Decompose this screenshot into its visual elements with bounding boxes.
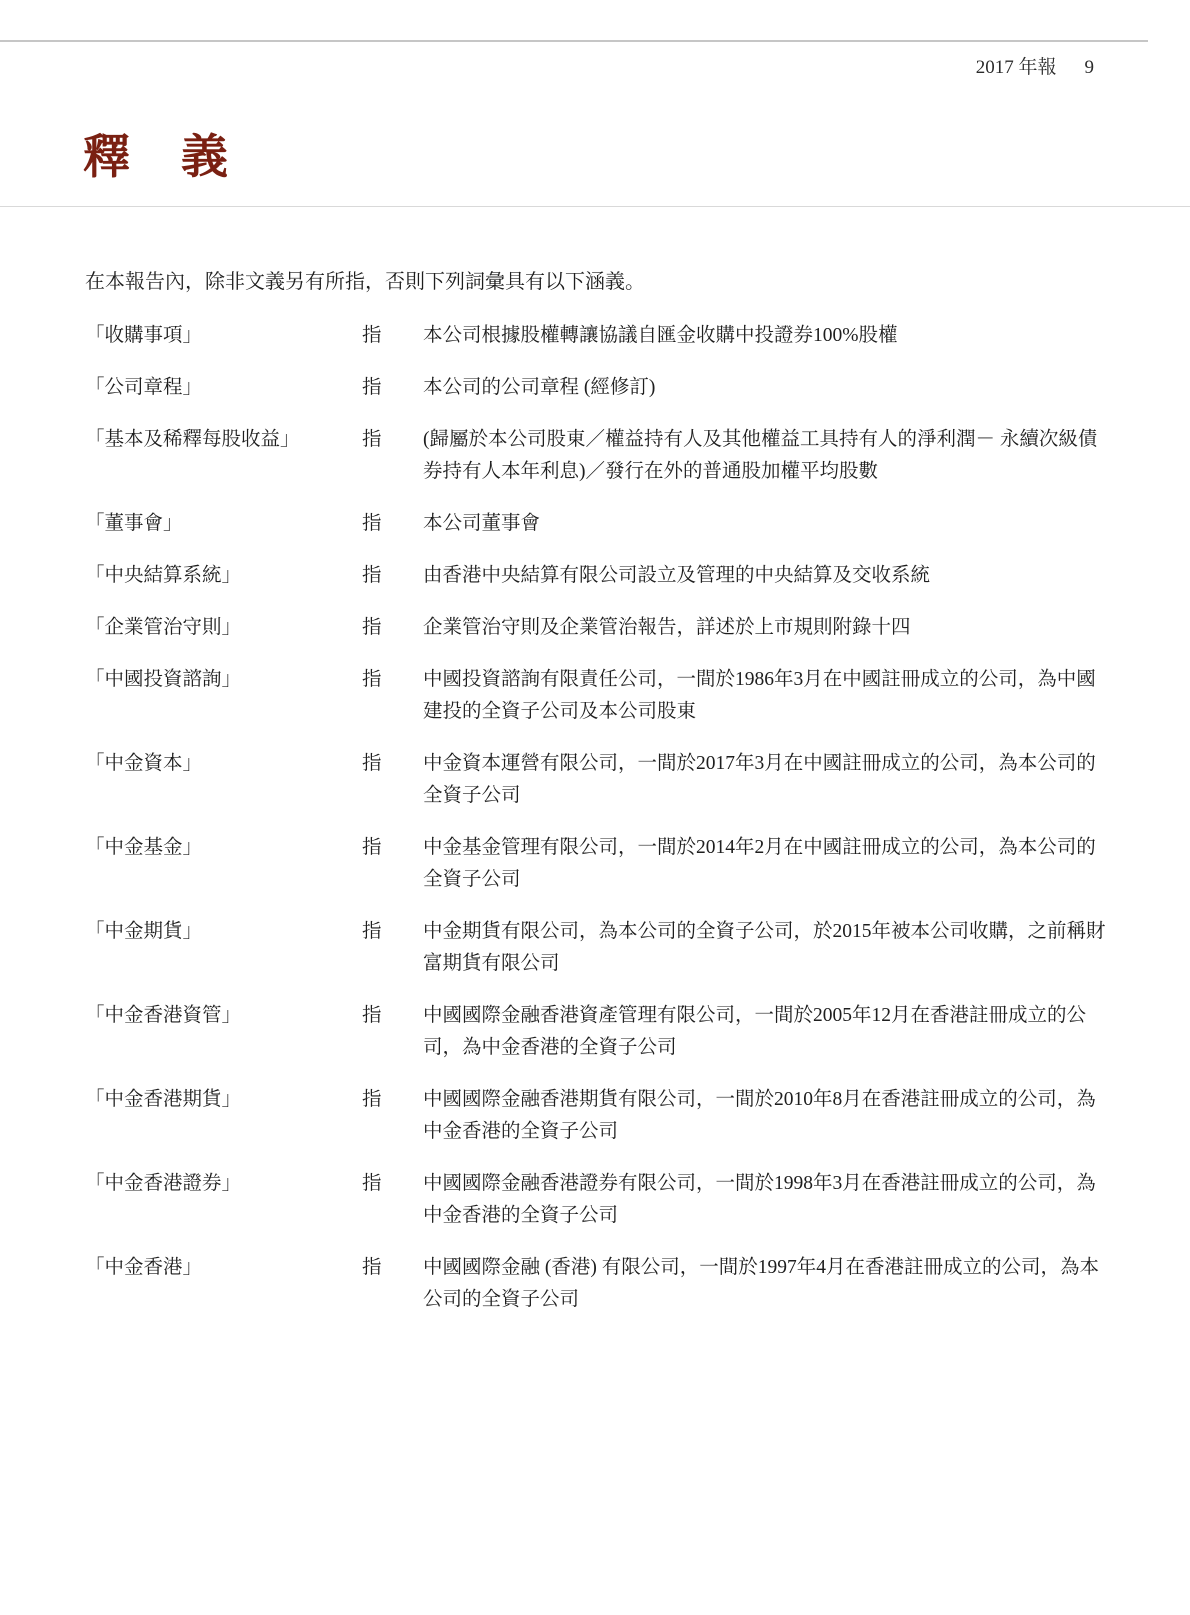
page-number: 9 <box>1085 57 1095 78</box>
definition-row: 「收購事項」 指 本公司根據股權轉讓協議自匯金收購中投證券100%股權 <box>85 320 1107 352</box>
definition-row: 「中金香港資管」 指 中國國際金融香港資產管理有限公司，一間於2005年12月在… <box>85 1000 1107 1064</box>
definition-text: 由香港中央結算有限公司設立及管理的中央結算及交收系統 <box>423 560 1107 592</box>
header-rule <box>0 40 1148 42</box>
definition-row: 「中央結算系統」 指 由香港中央結算有限公司設立及管理的中央結算及交收系統 <box>85 560 1107 592</box>
definition-term: 「中金香港資管」 <box>85 1000 362 1064</box>
definition-text: 中國國際金融 (香港) 有限公司，一間於1997年4月在香港註冊成立的公司，為本… <box>423 1252 1107 1316</box>
definition-row: 「基本及稀釋每股收益」 指 (歸屬於本公司股東／權益持有人及其他權益工具持有人的… <box>85 424 1107 488</box>
means-label: 指 <box>362 372 423 404</box>
definition-term: 「基本及稀釋每股收益」 <box>85 424 362 488</box>
definition-row: 「中金資本」 指 中金資本運營有限公司，一間於2017年3月在中國註冊成立的公司… <box>85 748 1107 812</box>
means-label: 指 <box>362 748 423 812</box>
definition-text: (歸屬於本公司股東／權益持有人及其他權益工具持有人的淨利潤－ 永續次級債券持有人… <box>423 424 1107 488</box>
definition-text: 中金期貨有限公司，為本公司的全資子公司，於2015年被本公司收購，之前稱財富期貨… <box>423 916 1107 980</box>
definition-row: 「中金基金」 指 中金基金管理有限公司，一間於2014年2月在中國註冊成立的公司… <box>85 832 1107 896</box>
definitions-table: 「收購事項」 指 本公司根據股權轉讓協議自匯金收購中投證券100%股權 「公司章… <box>85 320 1107 1336</box>
definition-term: 「中國投資諮詢」 <box>85 664 362 728</box>
definition-term: 「中金香港證券」 <box>85 1168 362 1232</box>
means-label: 指 <box>362 612 423 644</box>
definition-row: 「中金期貨」 指 中金期貨有限公司，為本公司的全資子公司，於2015年被本公司收… <box>85 916 1107 980</box>
definition-row: 「中金香港期貨」 指 中國國際金融香港期貨有限公司，一間於2010年8月在香港註… <box>85 1084 1107 1148</box>
definition-term: 「企業管治守則」 <box>85 612 362 644</box>
means-label: 指 <box>362 424 423 488</box>
definition-term: 「中金基金」 <box>85 832 362 896</box>
definition-term: 「中金香港期貨」 <box>85 1084 362 1148</box>
means-label: 指 <box>362 664 423 728</box>
definition-text: 本公司的公司章程 (經修訂) <box>423 372 1107 404</box>
definition-text: 中金基金管理有限公司，一間於2014年2月在中國註冊成立的公司，為本公司的全資子… <box>423 832 1107 896</box>
definition-term: 「中央結算系統」 <box>85 560 362 592</box>
report-page: 2017 年報9 釋 義 在本報告內，除非文義另有所指，否則下列詞彙具有以下涵義… <box>0 0 1190 1615</box>
definition-row: 「中金香港證券」 指 中國國際金融香港證券有限公司，一間於1998年3月在香港註… <box>85 1168 1107 1232</box>
title-underline-rule <box>0 206 1190 207</box>
definition-text: 中國國際金融香港期貨有限公司，一間於2010年8月在香港註冊成立的公司，為中金香… <box>423 1084 1107 1148</box>
definition-row: 「公司章程」 指 本公司的公司章程 (經修訂) <box>85 372 1107 404</box>
definition-text: 企業管治守則及企業管治報告，詳述於上市規則附錄十四 <box>423 612 1107 644</box>
definition-text: 中國投資諮詢有限責任公司，一間於1986年3月在中國註冊成立的公司，為中國建投的… <box>423 664 1107 728</box>
report-year-label: 2017 年報 <box>976 57 1057 78</box>
means-label: 指 <box>362 1252 423 1316</box>
definition-text: 中金資本運營有限公司，一間於2017年3月在中國註冊成立的公司，為本公司的全資子… <box>423 748 1107 812</box>
definition-row: 「董事會」 指 本公司董事會 <box>85 508 1107 540</box>
definition-term: 「董事會」 <box>85 508 362 540</box>
page-title: 釋 義 <box>83 130 230 186</box>
definition-term: 「收購事項」 <box>85 320 362 352</box>
definition-term: 「中金香港」 <box>85 1252 362 1316</box>
definition-term: 「中金期貨」 <box>85 916 362 980</box>
definition-text: 本公司根據股權轉讓協議自匯金收購中投證券100%股權 <box>423 320 1107 352</box>
definition-term: 「中金資本」 <box>85 748 362 812</box>
definition-row: 「中國投資諮詢」 指 中國投資諮詢有限責任公司，一間於1986年3月在中國註冊成… <box>85 664 1107 728</box>
means-label: 指 <box>362 1168 423 1232</box>
means-label: 指 <box>362 560 423 592</box>
definition-text: 本公司董事會 <box>423 508 1107 540</box>
page-header: 2017 年報9 <box>976 52 1094 79</box>
means-label: 指 <box>362 1084 423 1148</box>
means-label: 指 <box>362 508 423 540</box>
means-label: 指 <box>362 1000 423 1064</box>
means-label: 指 <box>362 832 423 896</box>
definition-text: 中國國際金融香港證券有限公司，一間於1998年3月在香港註冊成立的公司，為中金香… <box>423 1168 1107 1232</box>
means-label: 指 <box>362 916 423 980</box>
definition-text: 中國國際金融香港資產管理有限公司，一間於2005年12月在香港註冊成立的公司，為… <box>423 1000 1107 1064</box>
definition-term: 「公司章程」 <box>85 372 362 404</box>
definition-row: 「中金香港」 指 中國國際金融 (香港) 有限公司，一間於1997年4月在香港註… <box>85 1252 1107 1316</box>
means-label: 指 <box>362 320 423 352</box>
intro-text: 在本報告內，除非文義另有所指，否則下列詞彙具有以下涵義。 <box>85 266 1105 298</box>
definition-row: 「企業管治守則」 指 企業管治守則及企業管治報告，詳述於上市規則附錄十四 <box>85 612 1107 644</box>
